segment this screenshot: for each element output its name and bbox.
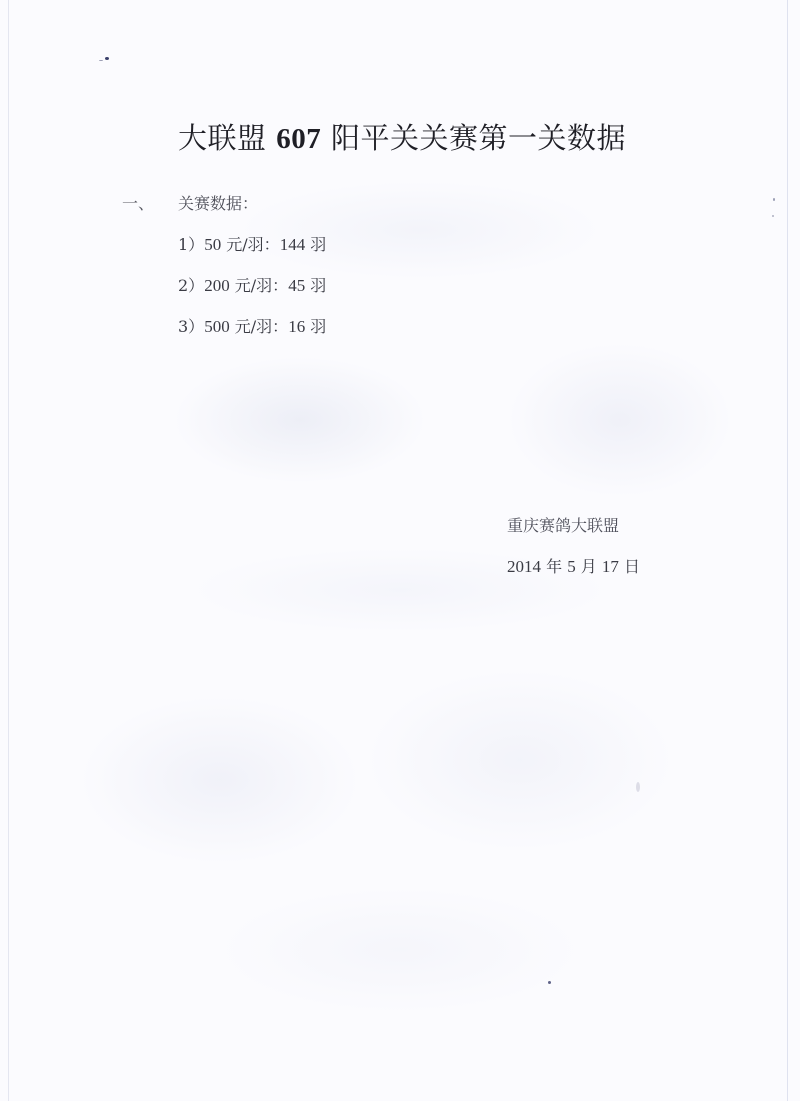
date-day-unit: 日 [624,557,640,576]
item-unit: 元/羽： [235,276,288,295]
item-count: 16 [288,317,305,336]
item-count: 144 [280,235,306,254]
item-price: 500 [204,317,230,336]
item-count-unit: 羽 [310,317,326,336]
scan-speck [99,60,103,61]
page-edge-left [8,0,9,1101]
item-count-unit: 羽 [310,235,326,254]
date-year: 2014 [507,557,541,576]
item-count: 45 [288,276,305,295]
item-index: 1） [178,235,204,254]
document-title: 大联盟 607 阳平关关赛第一关数据 [178,116,626,157]
section-heading: 关赛数据： [178,191,258,214]
scan-speck [636,782,640,792]
signature-organization: 重庆赛鸽大联盟 [507,513,619,536]
item-index: 2） [178,276,204,295]
date-month-unit: 月 [581,557,597,576]
data-item: 3）500 元/羽：16 羽 [178,314,326,337]
scanned-page: 大联盟 607 阳平关关赛第一关数据 一、 关赛数据： 1）50 元/羽：144… [0,0,800,1101]
title-number: 607 [276,123,321,155]
item-unit: 元/羽： [235,317,288,336]
page-edge-right [787,0,788,1101]
date-day: 17 [602,557,619,576]
section-marker: 一、 [122,191,154,214]
title-suffix: 阳平关关赛第一关数据 [331,121,626,155]
signature-date: 2014 年 5 月 17 日 [507,554,640,577]
scan-speck [105,57,109,60]
data-item: 1）50 元/羽：144 羽 [178,232,326,255]
data-item: 2）200 元/羽：45 羽 [178,273,326,296]
title-prefix: 大联盟 [178,121,267,155]
item-price: 200 [204,276,230,295]
scan-speck [772,215,774,217]
date-year-unit: 年 [546,557,562,576]
scan-speck [773,198,775,201]
item-count-unit: 羽 [310,276,326,295]
date-month: 5 [567,557,576,576]
scan-speck [548,981,551,984]
item-price: 50 [204,235,221,254]
item-index: 3） [178,317,204,336]
item-unit: 元/羽： [226,235,279,254]
